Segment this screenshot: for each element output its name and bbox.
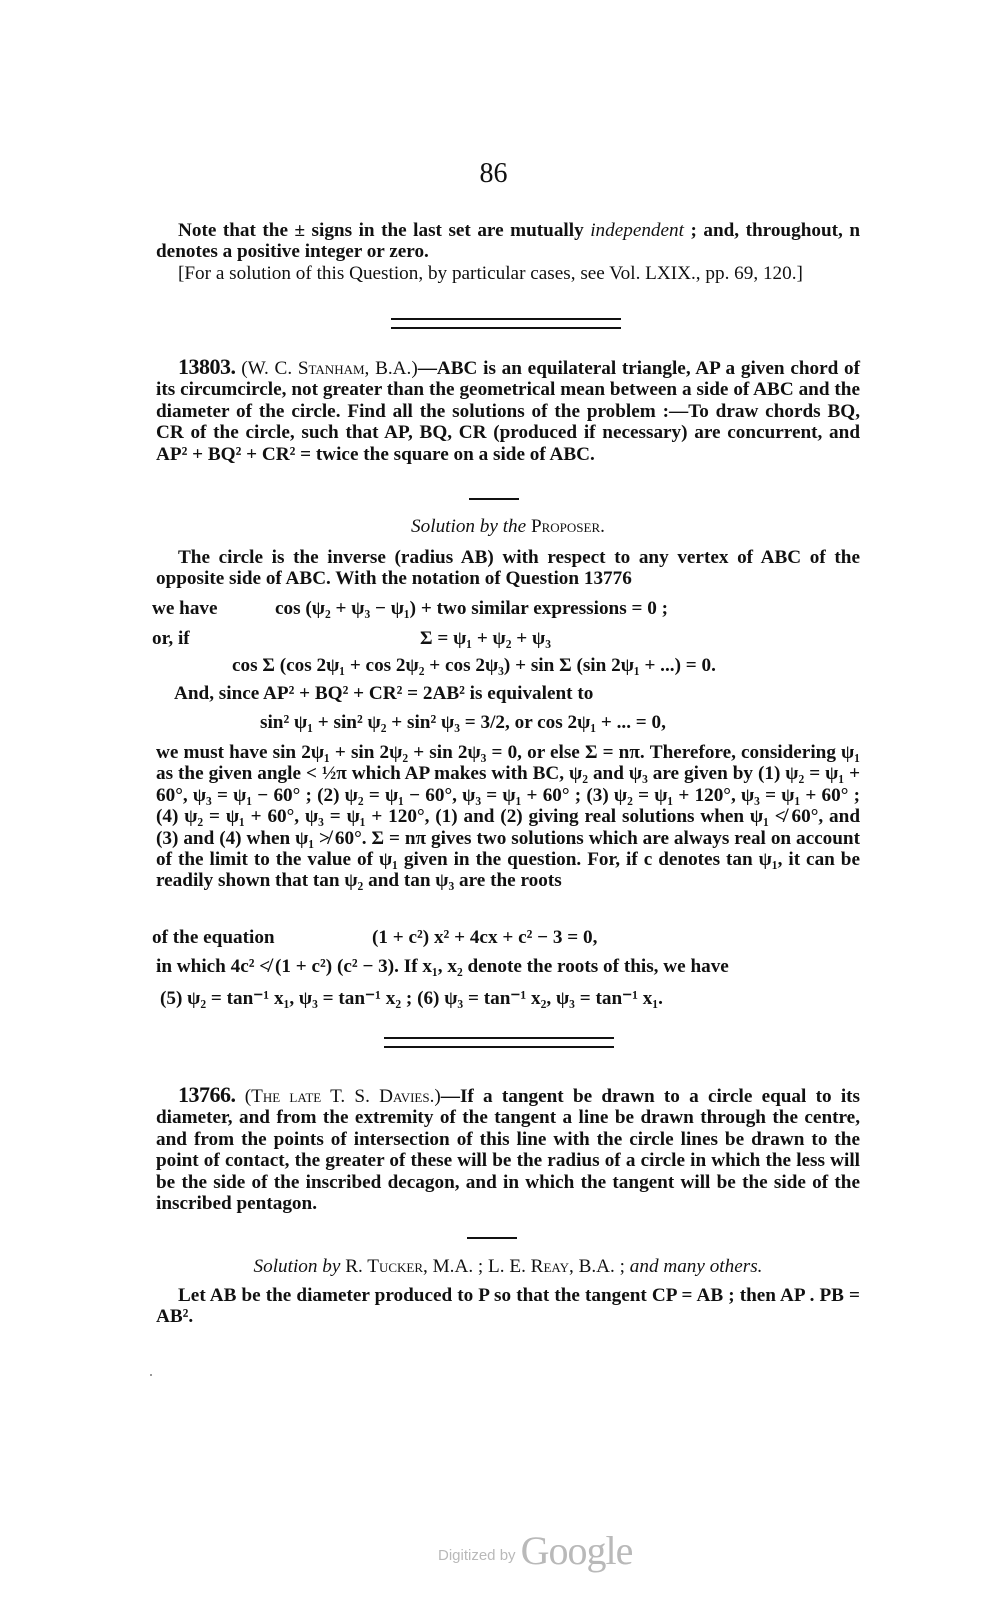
solution-para-2: And, since AP² + BQ² + CR² = 2AB² is equ… [174, 683, 593, 705]
equation-6: (5) ψ₂ = tan⁻¹ x₁, ψ₃ = tan⁻¹ x₂ ; (6) ψ… [160, 986, 663, 1010]
equation-3: cos Σ (cos 2ψ₁ + cos 2ψ₂ + cos 2ψ₃) + si… [232, 655, 716, 677]
equation-2: Σ = ψ₁ + ψ₂ + ψ₃ [420, 628, 551, 650]
equation-4: sin² ψ₁ + sin² ψ₂ + sin² ψ₃ = 3/2, or co… [260, 712, 666, 734]
solution-by-label: Solution by [254, 1256, 341, 1277]
equation-1: cos (ψ₂ + ψ₃ − ψ₁) + two similar express… [275, 598, 668, 620]
question-author: (W. C. Stanham, B.A.) [241, 358, 417, 379]
equation-5: (1 + c²) x² + 4cx + c² − 3 = 0, [372, 927, 597, 949]
solution-authors: R. Tucker, M.A. ; L. E. Reay, B.A. ; [345, 1256, 625, 1277]
digitized-by-google-watermark: Digitized by Google [438, 1527, 658, 1574]
question-13766: 13766. (The late T. S. Davies.)—If a tan… [156, 1084, 860, 1214]
solution-authors-tail: and many others. [630, 1256, 763, 1277]
scan-speck [150, 1374, 152, 1376]
we-have-label: we have [152, 598, 218, 620]
solution-para-4: in which 4c² ≮ (1 + c²) (c² − 3). If x₁,… [156, 956, 860, 977]
double-rule-divider [391, 318, 621, 329]
note-block: Note that the ± signs in the last set ar… [156, 220, 860, 284]
short-rule [469, 498, 519, 500]
question-author: (The late T. S. Davies.) [245, 1086, 441, 1107]
solution-para-3: we must have sin 2ψ₁ + sin 2ψ₂ + sin 2ψ₃… [156, 742, 860, 892]
or-if-label: or, if [152, 628, 190, 650]
page-number: 86 [0, 158, 987, 190]
of-equation-label: of the equation [152, 927, 275, 949]
note-text: Note that the ± signs in the last set ar… [178, 220, 590, 241]
question-number: 13766. [178, 1082, 236, 1107]
note-paragraph: Note that the ± signs in the last set ar… [156, 220, 860, 263]
question-13803: 13803. (W. C. Stanham, B.A.)—ABC is an e… [156, 356, 860, 465]
digitized-by-label: Digitized by [438, 1547, 516, 1564]
solution-text: The circle is the inverse (radius AB) wi… [156, 547, 860, 590]
note-bracket: [For a solution of this Question, by par… [156, 263, 860, 284]
solution-heading: Solution by R. Tucker, M.A. ; L. E. Reay… [156, 1256, 860, 1277]
solution-by-label: Solution by the [411, 516, 526, 537]
google-logo-text: Google [521, 1528, 633, 1573]
solution-text: we must have sin 2ψ₁ + sin 2ψ₂ + sin 2ψ₃… [156, 742, 860, 892]
solution-author: Proposer. [531, 516, 605, 537]
solution-para-1: The circle is the inverse (radius AB) wi… [156, 547, 860, 590]
solution-text: Let AB be the diameter produced to P so … [156, 1285, 860, 1328]
solution-text: in which 4c² ≮ (1 + c²) (c² − 3). If x₁,… [156, 956, 860, 977]
solution-para-1: Let AB be the diameter produced to P so … [156, 1285, 860, 1328]
question-number: 13803. [178, 354, 236, 379]
double-rule-divider [384, 1037, 614, 1048]
short-rule [467, 1237, 517, 1239]
note-emphasis: independent [590, 220, 684, 241]
solution-heading: Solution by the Proposer. [156, 516, 860, 537]
document-page: 86 Note that the ± signs in the last set… [0, 0, 987, 1613]
